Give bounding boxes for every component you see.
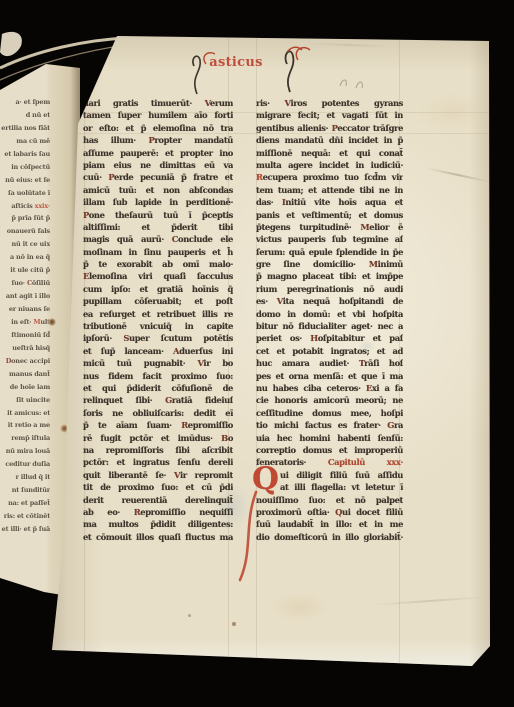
yellow-stain bbox=[268, 592, 330, 622]
text-line: ertilia nos fiāt bbox=[1, 122, 50, 135]
text-line: tem tuam; et attende tibi ne in bbox=[256, 184, 403, 196]
text-line: pctōr: et ingratus ſenſu dereli bbox=[83, 456, 233, 468]
text-line: nū it ce uix bbox=[1, 238, 50, 251]
text-line: huc amara audiet· Trāſi hoſ bbox=[256, 357, 403, 369]
manuscript-photo: a· et ſpem aurid nū et excipiāertilia no… bbox=[0, 0, 514, 707]
text-line: it amicus: et bbox=[1, 407, 50, 420]
text-line: cuū· Perde pecuniā p̄ fratre et bbox=[83, 171, 233, 183]
text-line: p̄ te exorabit ab omī malo· bbox=[83, 258, 233, 270]
text-line: ſtimoniū ſd̄ bbox=[1, 329, 50, 342]
vellum-speck bbox=[188, 614, 191, 617]
text-line: tio michi factus es frater· Gra bbox=[256, 419, 403, 431]
text-line: p̄ prīa ſūt p̄ bbox=[1, 212, 50, 225]
text-line: p̄ te aīam ſuam· Repromiſſio bbox=[83, 419, 233, 431]
text-line: pes et orna menſā: et que ī ma bbox=[256, 370, 403, 382]
text-line: it retio a me bbox=[1, 419, 50, 432]
vellum-speck bbox=[48, 318, 56, 326]
text-line: ueſtrā hisq̄ bbox=[1, 342, 50, 355]
text-line: Recupera proximo tuo ſcd̄m vir bbox=[256, 171, 403, 183]
text-line: tamen ſuper humilem aīo forti bbox=[83, 109, 233, 121]
text-line: or eſto: et p̄ elemoſina nō tra bbox=[83, 122, 233, 134]
text-line: r illud q̄ it bbox=[1, 471, 50, 484]
text-line: panis et veſtimentū; et domus bbox=[256, 209, 403, 221]
text-line: ſa uolūtate ī oī bbox=[1, 187, 50, 200]
text-line: rē fugit pctōr et imūdus· Bo bbox=[83, 432, 233, 444]
screenshot-root: { "scene": { "description": "Photograph … bbox=[0, 0, 514, 707]
text-line: it ule citū p̄ bbox=[1, 264, 50, 277]
text-line: nu habes ciba ceteros· Exi a fa bbox=[256, 382, 403, 394]
text-line: et qui p̄diderit cōfuſionē de bbox=[83, 382, 233, 394]
text-line: miſſionē nequā: et qui conat̄ bbox=[256, 147, 403, 159]
text-line: nt ſunditūr bbox=[1, 484, 50, 497]
text-line: tit de proximo ſuo: et cū p̄di bbox=[83, 481, 233, 493]
text-line: das· Initiū vite hoīs aqua et bbox=[256, 196, 403, 208]
text-line: quit liberantē ſe· Vir repromit bbox=[83, 469, 233, 481]
text-line: d nū et excipiā bbox=[1, 109, 50, 122]
text-line: altiſſimi: et p̄derit tibi bbox=[83, 221, 233, 233]
text-line: ſuo· Cōſiliū bbox=[1, 277, 50, 290]
text-line: illam ſub lapide in perditionē· bbox=[83, 196, 233, 208]
text-line: ea reſurget et retribuet illis re bbox=[83, 308, 233, 320]
vellum-speck bbox=[232, 622, 236, 626]
text-line: es· Vita nequā hoſpitandi de bbox=[256, 295, 403, 307]
text-line: ceditur duſia bbox=[1, 458, 50, 471]
text-line: ant agit ī illo bbox=[1, 290, 50, 303]
text-line: Donec accipi bbox=[1, 355, 50, 368]
text-line: ma multos p̄didit diligentes: bbox=[83, 518, 233, 530]
text-line: Elemoſina viri quaſi ſacculus bbox=[83, 270, 233, 282]
text-line: ris· Viros potentes gyrans bbox=[256, 97, 403, 109]
text-line: gre ſine domicilio· Minimū bbox=[256, 258, 403, 270]
text-line: uia hec homini habenti ſenſū: bbox=[256, 432, 403, 444]
text-line: ipſorū· Super ſcutum potētis bbox=[83, 332, 233, 344]
text-line: cie honoris amicorū meorū; ne bbox=[256, 394, 403, 406]
facing-page-text: a· et ſpem aurid nū et excipiāertilia no… bbox=[1, 96, 50, 536]
text-line: periet os· Hoſpitabitur et paſ bbox=[256, 332, 403, 344]
text-line: nus fidem facit proximo ſuo: bbox=[83, 370, 233, 382]
cadel-flourish-right-ink bbox=[286, 51, 294, 92]
text-line: proximorū oſtia· Qui docet filiū bbox=[256, 506, 403, 518]
text-line: na repromiſſoris ſibi aſcribit bbox=[83, 444, 233, 456]
text-line: ſerum: quā epule ſplendide in p̄e bbox=[256, 246, 403, 258]
text-line: a nō in ea q̄ bbox=[1, 251, 50, 264]
text-line: et cōmouit illos quaſi fluctus ma bbox=[83, 531, 233, 543]
text-line: et labaris ſau bbox=[1, 148, 50, 161]
text-line: derit reuerentiā derelinquit̄ bbox=[83, 494, 233, 506]
vellum-crease bbox=[426, 167, 491, 183]
text-line: moſinam in ſinu pauperis et h̄ bbox=[83, 246, 233, 258]
text-line: relinquet ſibi· Gratiā fideiuſ bbox=[83, 394, 233, 406]
text-line: magis quā aurū· Conclude ele bbox=[83, 233, 233, 245]
text-line: multa agere incidet in iudiciū· bbox=[256, 159, 403, 171]
yellow-stain bbox=[418, 92, 488, 132]
text-line: a· et ſpem auri bbox=[1, 96, 50, 109]
text-line: tributionē vnicuiq̄ in capite bbox=[83, 320, 233, 332]
text-line: dari gratis timuerūt· Verum bbox=[83, 97, 233, 109]
text-line: in eſt· Mult bbox=[1, 316, 50, 329]
chapter-initial-letter: Q bbox=[252, 464, 278, 495]
text-line: micū tuū pugnabit· Vir bo bbox=[83, 357, 233, 369]
text-line: aſſume pauperē: et propter ino bbox=[83, 147, 233, 159]
vellum-crease bbox=[370, 596, 488, 606]
text-line: Pone theſaurū tuū ī p̄ceptis bbox=[83, 209, 233, 221]
text-line: migrare fecit; et vagati ſūt in bbox=[256, 109, 403, 121]
text-line: p̄tegens turpitudinē· Melior ē bbox=[256, 221, 403, 233]
vellum-crease bbox=[308, 43, 390, 47]
text-line: has illum· Propter mandatū bbox=[83, 134, 233, 146]
cadel-flourish-right-red bbox=[287, 47, 310, 60]
text-line: p̄ magno placeat tibi: et imp̄pe bbox=[256, 270, 403, 282]
text-line: dio domeſticorū in illo gloriabit̄· bbox=[256, 531, 403, 543]
text-line: rium peregrinationis nō audi bbox=[256, 283, 403, 295]
running-header: asticus bbox=[190, 56, 282, 69]
text-line: nū eius: et ſe bbox=[1, 174, 50, 187]
ascender-loops bbox=[340, 80, 362, 88]
text-line: aſticis xxix· bbox=[1, 200, 50, 213]
endband-curl bbox=[0, 32, 22, 56]
text-line: gentibus alienis· Peccator trāſgre bbox=[256, 122, 403, 134]
text-line: piam eius ne dimittas eū va bbox=[83, 159, 233, 171]
text-line: victus pauperis ſub tegmine aſ bbox=[256, 233, 403, 245]
text-line: ſoris ne obliuiſcaris: dedit eī bbox=[83, 407, 233, 419]
text-line: ſit uincite bbox=[1, 394, 50, 407]
text-line: de hoīe iam bbox=[1, 381, 50, 394]
text-column-left: dari gratis timuerūt· Verumtamen ſuper h… bbox=[83, 97, 233, 543]
text-line: remp̄ iſtula bbox=[1, 432, 50, 445]
text-line: ſuū laudabit̄ in illo: et in me bbox=[256, 518, 403, 530]
text-line: in cōſpectū nō bbox=[1, 161, 50, 174]
text-line: nū mira louā bbox=[1, 445, 50, 458]
manuscript-page: asticus dari gratis timuerūt· Verumtamen… bbox=[40, 34, 492, 670]
text-line: ma cū mē creſ bbox=[1, 135, 50, 148]
text-line: et illi· et p̄ ſuā bbox=[1, 523, 50, 536]
text-line: ceſſitudine domus mee, hoſpi bbox=[256, 407, 403, 419]
text-line: onauerū fals bbox=[1, 225, 50, 238]
text-line: bitur nō fiducialiter aget· nec a bbox=[256, 320, 403, 332]
text-line: ab eo· Repromiſſio nequiſſi bbox=[83, 506, 233, 518]
text-line: manus dant̄ bbox=[1, 368, 50, 381]
text-line: pupillam cōſeruabit; et poſt bbox=[83, 295, 233, 307]
text-line: domo in domū: et vbi hoſpita bbox=[256, 308, 403, 320]
text-line: amicū tuū: et non abſcondas bbox=[83, 184, 233, 196]
text-line: cet et potabit ingratos; et ad bbox=[256, 345, 403, 357]
text-line: er niuans ſe bbox=[1, 303, 50, 316]
text-line: na: et paſſet̄ bbox=[1, 497, 50, 510]
text-line: diens mandatū dn̄i incidet in p̄ bbox=[256, 134, 403, 146]
text-line: et ſup̄ lanceam· Aduerſus ini bbox=[83, 345, 233, 357]
text-line: cum ipſo: et gratiā hoīnis q̄ bbox=[83, 283, 233, 295]
text-line: correptio domus et improperiū bbox=[256, 444, 403, 456]
text-line: ris: et cōtinēt bbox=[1, 510, 50, 523]
